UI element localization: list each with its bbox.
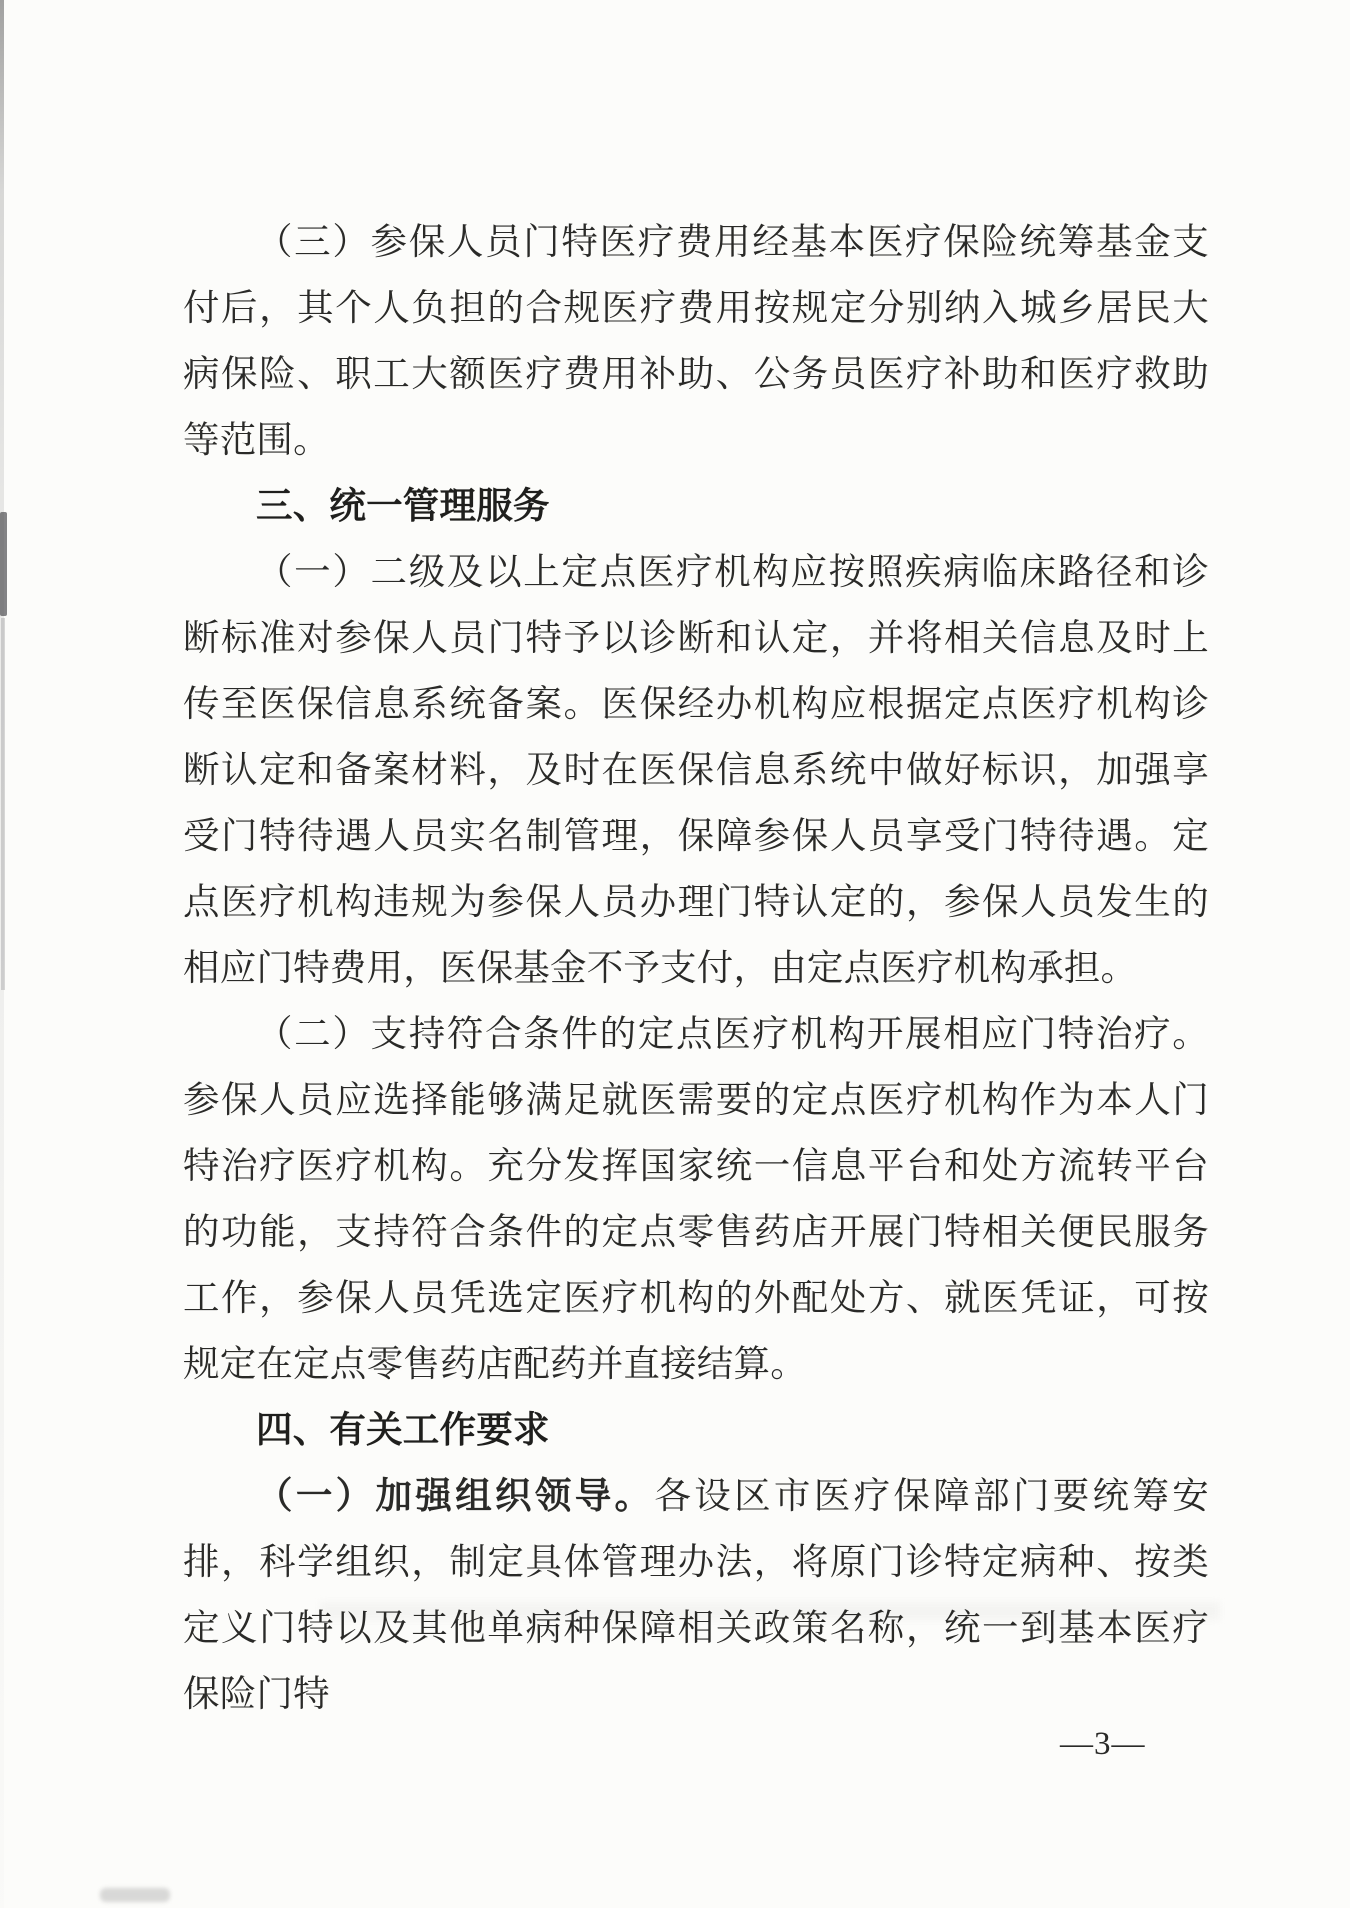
paragraph-item-three: （三）参保人员门特医疗费用经基本医疗保险统筹基金支付后，其个人负担的合规医疗费用… [183, 209, 1209, 473]
document-body: （三）参保人员门特医疗费用经基本医疗保险统筹基金支付后，其个人负担的合规医疗费用… [183, 209, 1209, 1727]
page-number: —3— [1060, 1722, 1146, 1766]
scan-binding-mark [0, 512, 7, 616]
scan-smudge-artifact [100, 1888, 170, 1902]
paragraph-requirements-item-one: （一）加强组织领导。各设区市医疗保障部门要统筹安排，科学组织，制定具体管理办法，… [183, 1463, 1209, 1727]
paragraph-management-item-two: （二）支持符合条件的定点医疗机构开展相应门特治疗。参保人员应选择能够满足就医需要… [183, 1001, 1209, 1397]
paragraph-management-item-one: （一）二级及以上定点医疗机构应按照疾病临床路径和诊断标准对参保人员门特予以诊断和… [183, 539, 1209, 1001]
run-in-subheading: （一）加强组织领导。 [256, 1475, 654, 1516]
scan-binding-mark-faint [1, 618, 5, 990]
section-heading-unified-management: 三、统一管理服务 [183, 473, 1209, 539]
section-heading-work-requirements: 四、有关工作要求 [183, 1397, 1209, 1463]
document-page: （三）参保人员门特医疗费用经基本医疗保险统筹基金支付后，其个人负担的合规医疗费用… [0, 0, 1350, 1908]
